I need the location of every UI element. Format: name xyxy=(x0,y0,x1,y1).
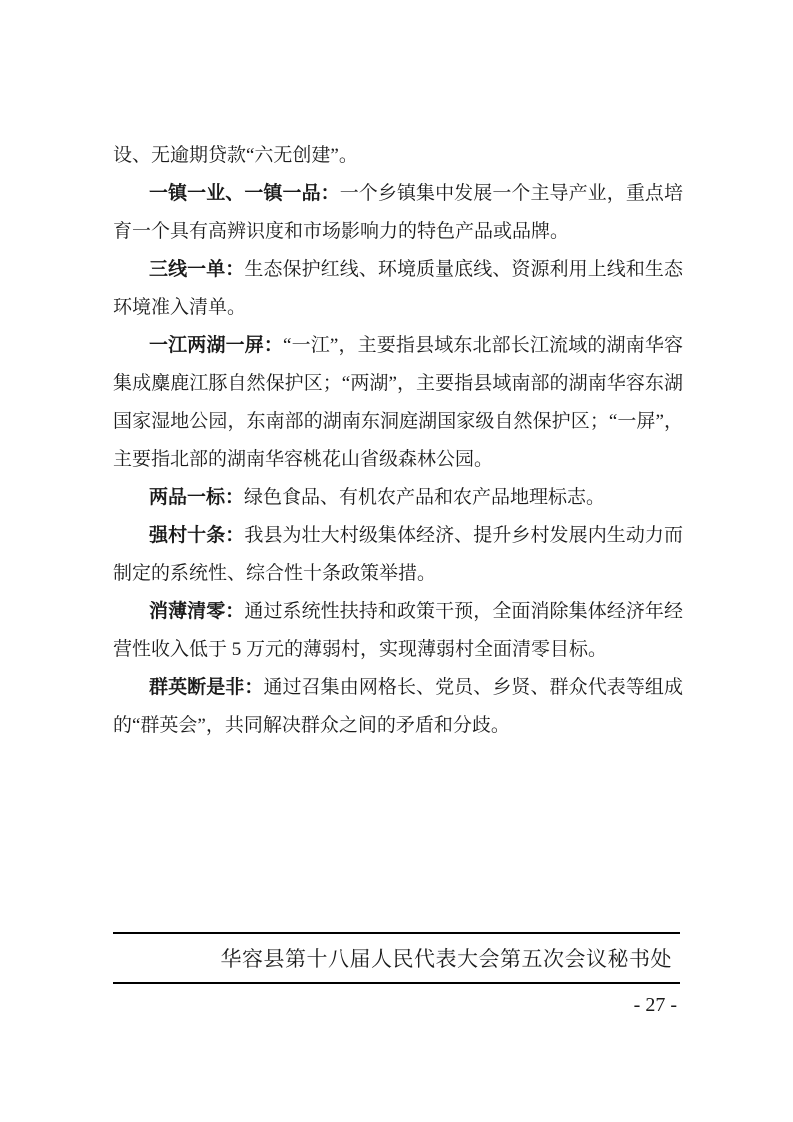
definition-paragraph: 群英断是非：通过召集由网格长、党员、乡贤、群众代表等组成的“群英会”，共同解决群… xyxy=(113,669,683,745)
definition-paragraph: 三线一单：生态保护红线、环境质量底线、资源利用上线和生态环境准入清单。 xyxy=(113,251,683,327)
secretariat-signature: 华容县第十八届人民代表大会第五次会议秘书处 xyxy=(113,933,680,982)
continuation-text: 设、无逾期贷款“六无创建”。 xyxy=(113,145,358,166)
definition-paragraph: 消薄清零：通过系统性扶持和政策干预，全面消除集体经济年经营性收入低于 5 万元的… xyxy=(113,593,683,669)
definition-paragraph: 两品一标：绿色食品、有机农产品和农产品地理标志。 xyxy=(113,479,683,517)
document-body: 设、无逾期贷款“六无创建”。 一镇一业、一镇一品：一个乡镇集中发展一个主导产业，… xyxy=(113,137,683,745)
document-page: 设、无逾期贷款“六无创建”。 一镇一业、一镇一品：一个乡镇集中发展一个主导产业，… xyxy=(0,0,793,1122)
definition-term: 一江两湖一屏： xyxy=(149,335,283,356)
continuation-paragraph: 设、无逾期贷款“六无创建”。 xyxy=(113,137,683,175)
definition-paragraph: 一镇一业、一镇一品：一个乡镇集中发展一个主导产业，重点培育一个具有高辨识度和市场… xyxy=(113,175,683,251)
definition-paragraph: 强村十条：我县为壮大村级集体经济、提升乡村发展内生动力而制定的系统性、综合性十条… xyxy=(113,517,683,593)
page-number: - 27 - xyxy=(113,991,677,1019)
definition-term: 一镇一业、一镇一品： xyxy=(149,183,340,204)
definition-text: 绿色食品、有机农产品和农产品地理标志。 xyxy=(244,487,605,508)
definition-term: 三线一单： xyxy=(149,259,244,280)
definition-term: 两品一标： xyxy=(149,487,244,508)
definition-term: 消薄清零： xyxy=(149,601,244,622)
definition-term: 强村十条： xyxy=(149,525,244,546)
definition-paragraph: 一江两湖一屏：“一江”，主要指县域东北部长江流域的湖南华容集成麋鹿江豚自然保护区… xyxy=(113,327,683,479)
definition-term: 群英断是非： xyxy=(149,677,263,698)
footer-rule-bottom xyxy=(113,982,680,984)
